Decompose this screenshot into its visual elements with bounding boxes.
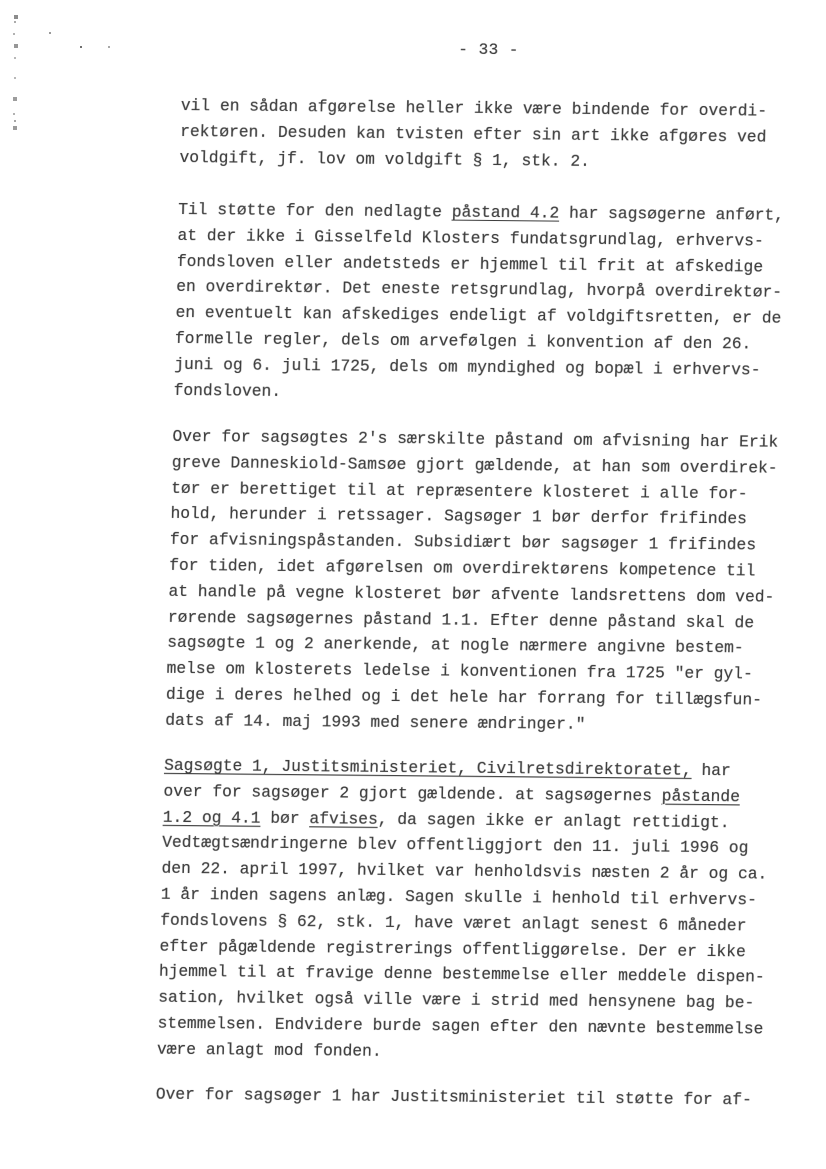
text-run: , da sagen ikke er anlagt rettidigt. (378, 810, 730, 832)
underlined-text-run: Sagsøgte 1, Justitsministeriet, Civilret… (164, 756, 692, 780)
text-run: være anlagt mod fonden. (157, 1040, 382, 1061)
paragraph-afvisning: Over for sagsøgtes 2's særskilte påstand… (165, 424, 779, 739)
text-run: vil en sådan afgørelse heller ikke være … (181, 96, 768, 121)
text-run: hold, herunder i retssager. Sagsøger 1 b… (170, 504, 747, 529)
text-run: greve Danneskiold-Samsøe gjort gældende,… (172, 453, 778, 478)
text-run: over for sagsøger 2 gjort gældende. at s… (163, 782, 662, 806)
paragraph-voldgift: vil en sådan afgørelse heller ikke være … (179, 93, 767, 176)
text-run: at handle på vegne klosteret bør afvente… (168, 582, 774, 607)
text-run: den 22. april 1997, hvilket var henholds… (161, 859, 767, 884)
text-run: formelle regler, dels om arvefølgen i ko… (175, 329, 752, 354)
text-run: stemmelsen. Endvidere burde sagen efter … (157, 1014, 763, 1039)
text-run: at der ikke i Gisselfeld Klosters fundat… (177, 226, 764, 251)
text-run: rektøren. Desuden kan tvisten efter sin … (180, 122, 767, 147)
text-run: fondslovens § 62, stk. 1, have været anl… (160, 911, 747, 936)
text-run: rørende sagsøgernes påstand 1.1. Efter d… (168, 607, 755, 632)
text-run: efter pågældende registrerings offentlig… (159, 936, 746, 961)
text-run: hjemmel til at fravige denne bestemmelse… (159, 962, 765, 987)
paragraph-paastand-4-2: Til støtte for den nedlagte påstand 4.2 … (173, 197, 784, 409)
text-line: Over for sagsøger 1 har Justitsministeri… (155, 1082, 752, 1114)
text-run: dige i deres helhed og i det hele har fo… (166, 685, 762, 710)
text-run: melse om klosterets ledelse i konvention… (166, 659, 753, 684)
text-run: Til støtte for den nedlagte (178, 200, 452, 222)
scanned-text-block: - 33 - vil en sådan afgørelse heller ikk… (0, 0, 826, 1169)
underlined-text-run: påstande (662, 786, 741, 806)
text-run: en eventuelt kan afskediges endeligt af … (175, 303, 781, 328)
paragraph-over-for-sagsoeger-1: Over for sagsøger 1 har Justitsministeri… (155, 1082, 752, 1114)
text-run: bør (260, 808, 309, 827)
text-run: sation, hvilket også ville være i strid … (158, 988, 754, 1013)
page-number: - 33 - (458, 41, 519, 60)
text-run: voldgift, jf. lov om voldgift § 1, stk. … (179, 148, 590, 171)
text-run: Over for sagsøgtes 2's særskilte påstand… (172, 427, 778, 452)
text-run: sagsøgte 1 og 2 anerkende, at nogle nærm… (167, 633, 744, 658)
text-run: en overdirektør. Det eneste retsgrundlag… (176, 277, 782, 302)
text-run: 1 år inden sagens anlæg. Sagen skulle i … (161, 885, 757, 910)
text-run: har sagsøgerne anført, (559, 204, 784, 225)
text-run: for tiden, idet afgørelsen om overdirekt… (169, 556, 756, 581)
document-page: - 33 - vil en sådan afgørelse heller ikk… (0, 0, 826, 1169)
underlined-text-run: påstand 4.2 (452, 203, 560, 223)
text-run: fondsloven eller andetsteds er hjemmel t… (177, 252, 764, 277)
underlined-text-run: afvises (309, 809, 378, 829)
text-run: Vedtægtsændringerne blev offentliggjort … (162, 833, 749, 858)
text-run: fondsloven. (173, 381, 281, 401)
text-run: Over for sagsøger 1 har Justitsministeri… (156, 1085, 752, 1110)
text-run: dats af 14. maj 1993 med senere ændringe… (165, 711, 586, 734)
text-run: har (691, 761, 731, 780)
underlined-text-run: 1.2 og 4.1 (163, 807, 261, 827)
text-run: for afvisningspåstanden. Subsidiært bør … (170, 530, 757, 555)
text-run: tør er berettiget til at repræsentere kl… (171, 479, 748, 504)
text-run: juni og 6. juli 1725, dels om myndighed … (174, 355, 761, 380)
paragraph-sagsoegte-1: Sagsøgte 1, Justitsministeriet, Civilret… (157, 753, 771, 1068)
